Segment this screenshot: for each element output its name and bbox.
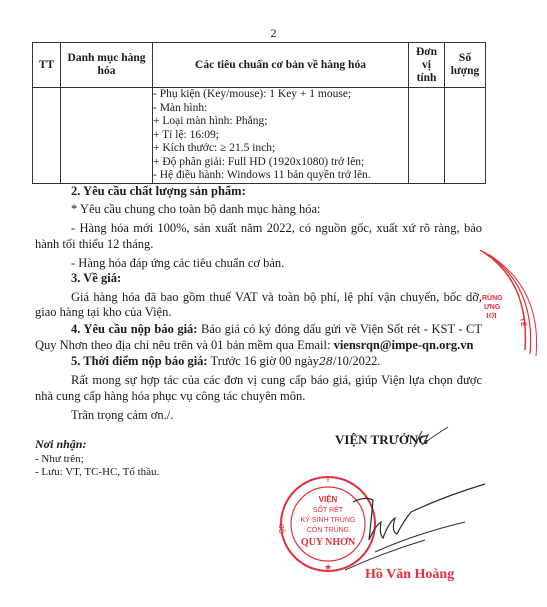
- header-danh-muc-line1: Danh mục hàng: [68, 52, 146, 64]
- section-deadline-text: Trước 16 giờ 00 ngày: [211, 354, 319, 368]
- section-deadline-title: 5. Thời điểm nộp báo giá:: [71, 354, 208, 368]
- cell-tt: [33, 88, 61, 184]
- cell-danh-muc: [61, 88, 153, 184]
- header-so-luong-line1: Số: [459, 52, 471, 64]
- spec-line: + Độ phân giải: Full HD (1920x1080) trở …: [153, 156, 408, 170]
- spec-line: - Hệ điều hành: Windows 11 bản quyền trở…: [153, 169, 408, 183]
- section-deadline: 5. Thời điểm nộp báo giá: Trước 16 giờ 0…: [35, 354, 482, 370]
- svg-text:QĐ: QĐ: [279, 524, 286, 535]
- section-submit: 4. Yêu cầu nộp báo giá: Báo giá có ký đó…: [35, 322, 482, 353]
- closing-text: Rất mong sự hợp tác của các đơn vị cung …: [35, 373, 482, 404]
- svg-text:RÙNG: RÙNG: [482, 293, 503, 302]
- svg-text:IƠI: IƠI: [486, 312, 497, 320]
- section-deadline-paragraph: 5. Thời điểm nộp báo giá: Trước 16 giờ 0…: [35, 354, 482, 370]
- section-quality-general: * Yêu cầu chung cho toàn bộ danh mục hàn…: [35, 202, 482, 218]
- specification-table: TT Danh mục hàng hóa Các tiêu chuẩn cơ b…: [32, 42, 486, 184]
- header-danh-muc: Danh mục hàng hóa: [61, 43, 153, 88]
- email-link[interactable]: viensrqn@impe-qn.org.vn: [334, 338, 474, 352]
- section-price-text: Giá hàng hóa đã bao gồm thuế VAT và toàn…: [35, 290, 482, 321]
- section-quality-title: 2. Yêu cầu chất lượng sản phẩm:: [35, 184, 482, 200]
- spec-line: + Tỉ lệ: 16:09;: [153, 129, 408, 143]
- table-row: - Phụ kiện (Key/mouse): 1 Key + 1 mouse;…: [33, 88, 486, 184]
- handwritten-signature-icon: [345, 482, 505, 572]
- page-number: 2: [0, 26, 547, 41]
- spec-line: + Kích thước: ≥ 21.5 inch;: [153, 142, 408, 156]
- cell-so-luong: [445, 88, 486, 184]
- section-submit-title: 4. Yêu cầu nộp báo giá:: [71, 322, 197, 336]
- svg-text:CÔN TRÙNG: CÔN TRÙNG: [307, 525, 349, 534]
- cell-tieu-chuan: - Phụ kiện (Key/mouse): 1 Key + 1 mouse;…: [153, 88, 409, 184]
- recipients-title: Nơi nhận:: [35, 438, 159, 451]
- thanks-text: Trân trọng cảm ơn./.: [35, 408, 482, 424]
- spec-line: - Phụ kiện (Key/mouse): 1 Key + 1 mouse;: [153, 88, 408, 102]
- section-price-title: 3. Về giá:: [35, 271, 482, 287]
- table-header-row: TT Danh mục hàng hóa Các tiêu chuẩn cơ b…: [33, 43, 486, 88]
- section-closing: Rất mong sự hợp tác của các đơn vị cung …: [35, 373, 482, 424]
- section-quality-item1: - Hàng hóa mới 100%, sản xuất năm 2022, …: [35, 221, 482, 252]
- header-tieu-chuan: Các tiêu chuẩn cơ bản về hàng hóa: [153, 43, 409, 88]
- svg-text:SỐT RÉT: SỐT RÉT: [313, 504, 344, 514]
- header-don-vi-line1: Đơn: [416, 46, 437, 58]
- header-danh-muc-line2: hóa: [98, 65, 116, 77]
- recipients-block: Nơi nhận: - Như trên; - Lưu: VT, TC-HC, …: [35, 438, 159, 479]
- svg-text:VIỆN: VIỆN: [319, 495, 338, 504]
- header-don-vi-line3: tính: [417, 72, 437, 84]
- spec-line: - Màn hình:: [153, 102, 408, 116]
- handwritten-day: 28: [319, 355, 333, 368]
- section-submit-paragraph: 4. Yêu cầu nộp báo giá: Báo giá có ký đó…: [35, 322, 482, 353]
- section-price: 3. Về giá: Giá hàng hóa đã bao gồm thuế …: [35, 271, 482, 321]
- initial-signature-icon: [410, 425, 450, 453]
- recipient-item: - Như trên;: [35, 453, 159, 466]
- header-don-vi-line2: vị: [422, 59, 431, 71]
- edge-stamp-icon: RÙNG ƯNG IƠI TẾ: [470, 250, 547, 360]
- svg-text:ƯNG: ƯNG: [484, 304, 501, 311]
- svg-text:TẾ: TẾ: [518, 317, 529, 328]
- section-quality-item2: - Hàng hóa đáp ứng các tiêu chuẩn cơ bản…: [35, 256, 482, 272]
- spec-line: + Loại màn hình: Phẳng;: [153, 115, 408, 129]
- header-so-luong: Số lượng: [445, 43, 486, 88]
- svg-text:★: ★: [324, 562, 332, 572]
- header-so-luong-line2: lượng: [451, 65, 480, 77]
- header-tt: TT: [33, 43, 61, 88]
- signer-name: Hồ Văn Hoàng: [365, 567, 454, 583]
- section-quality: 2. Yêu cầu chất lượng sản phẩm: * Yêu cầ…: [35, 184, 482, 272]
- header-don-vi: Đơn vị tính: [409, 43, 445, 88]
- section-deadline-date: /10/2022.: [333, 354, 381, 368]
- recipient-item: - Lưu: VT, TC-HC, Tổ thầu.: [35, 466, 159, 479]
- cell-don-vi: [409, 88, 445, 184]
- svg-text:Y: Y: [326, 477, 331, 484]
